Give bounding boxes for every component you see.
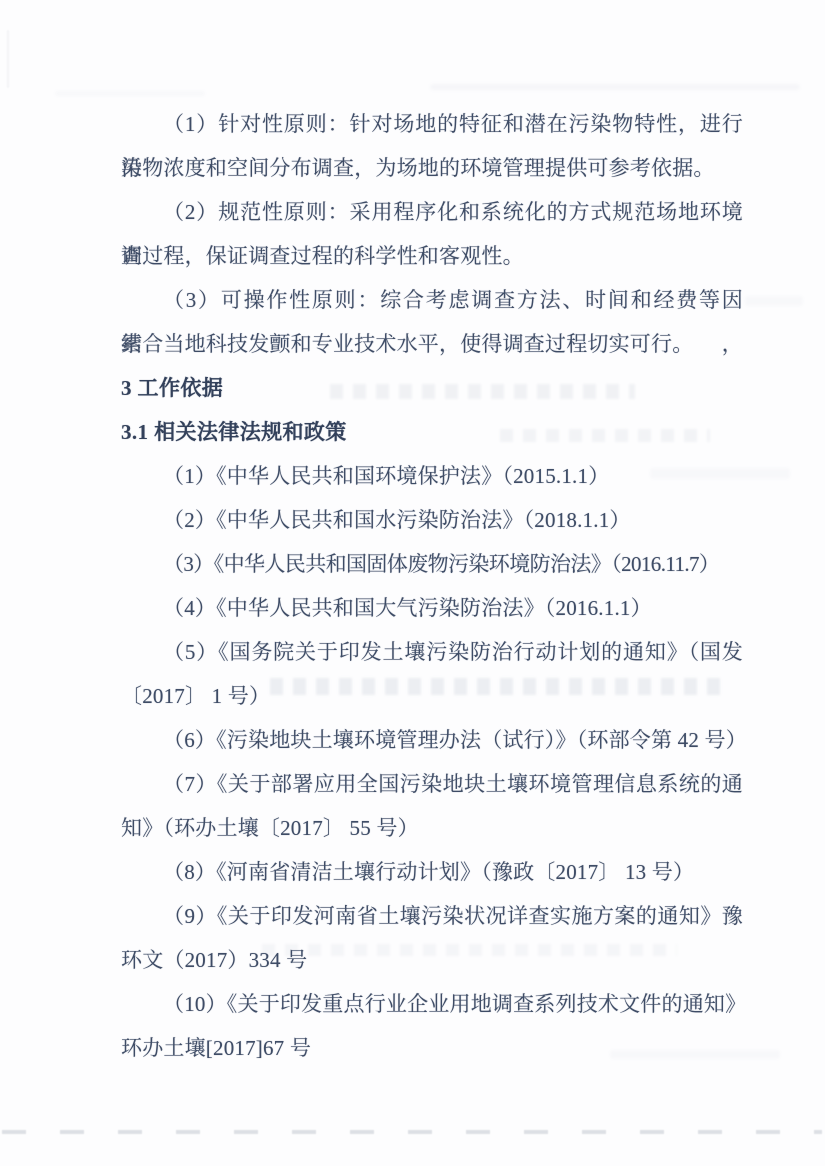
document-line: （3）可操作性原则：综合考虑调查方法、时间和经费等因素， xyxy=(121,278,743,322)
document-line: （9）《关于印发河南省土壤污染状况详查实施方案的通知》豫 xyxy=(121,894,743,938)
document-line: （3）《中华人民共和国固体废物污染环境防治法》（2016.11.7） xyxy=(121,542,743,586)
document-line: 查过程，保证调查过程的科学性和客观性。 xyxy=(121,234,743,278)
document-line: （1）针对性原则：针对场地的特征和潜在污染物特性，进行污 xyxy=(121,102,743,146)
document-line: （2）规范性原则：采用程序化和系统化的方式规范场地环境调 xyxy=(121,190,743,234)
document-line: 染物浓度和空间分布调查，为场地的环境管理提供可参考依据。 xyxy=(121,146,743,190)
document-line: （8）《河南省清洁土壤行动计划》（豫政〔2017〕 13 号） xyxy=(121,850,743,894)
document-line: （6）《污染地块土壤环境管理办法（试行）》（环部令第 42 号） xyxy=(121,718,743,762)
document-line: 结合当地科技发颤和专业技术水平，使得调查过程切实可行。 xyxy=(121,322,743,366)
document-line: 环文（2017）334 号 xyxy=(121,938,743,982)
document-line: （1）《中华人民共和国环境保护法》（2015.1.1） xyxy=(121,454,743,498)
scan-artifact xyxy=(2,1130,822,1134)
scan-artifact xyxy=(55,91,205,96)
document-line: （2）《中华人民共和国水污染防治法》（2018.1.1） xyxy=(121,498,743,542)
scanned-document-page: （1）针对性原则：针对场地的特征和潜在污染物特性，进行污染物浓度和空间分布调查，… xyxy=(0,0,825,1166)
document-line: 环办土壤[2017]67 号 xyxy=(121,1026,743,1070)
document-line: （5）《国务院关于印发土壤污染防治行动计划的通知》（国发 xyxy=(121,630,743,674)
scan-artifact xyxy=(7,30,9,88)
document-line: （10）《关于印发重点行业企业用地调查系列技术文件的通知》 xyxy=(121,982,743,1026)
document-line: 〔2017〕 1 号） xyxy=(121,674,743,718)
document-line: 知》（环办土壤〔2017〕 55 号） xyxy=(121,806,743,850)
scan-artifact xyxy=(430,84,800,90)
document-line: （4）《中华人民共和国大气污染防治法》（2016.1.1） xyxy=(121,586,743,630)
scan-artifact xyxy=(745,296,803,306)
document-line: （7）《关于部署应用全国污染地块土壤环境管理信息系统的通 xyxy=(121,762,743,806)
heading-line: 3.1 相关法律法规和政策 xyxy=(121,410,743,454)
document-body: （1）针对性原则：针对场地的特征和潜在污染物特性，进行污染物浓度和空间分布调查，… xyxy=(121,102,743,1070)
heading-line: 3 工作依据 xyxy=(121,366,743,410)
